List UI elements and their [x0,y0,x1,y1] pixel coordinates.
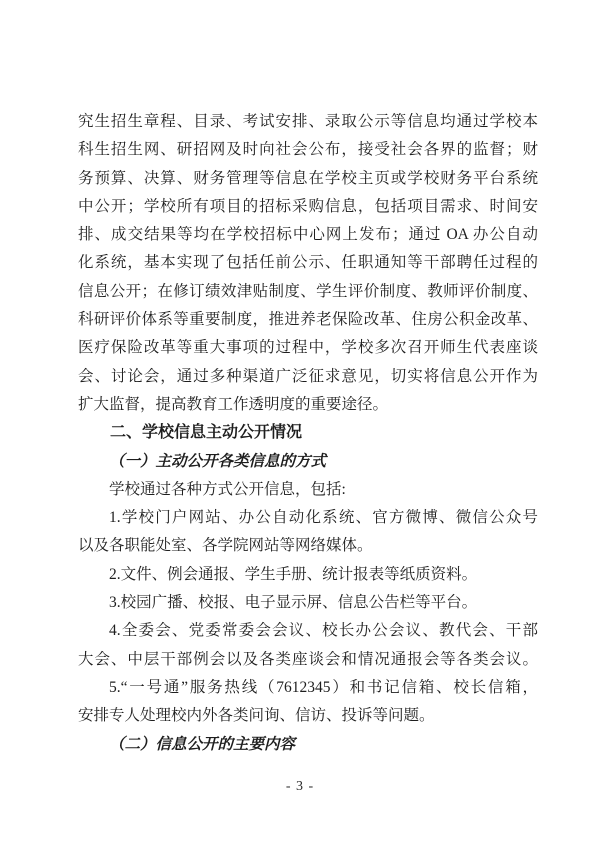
text-line: 安排专人处理校内外各类问询、信访、投诉等问题。 [78,702,538,730]
text-line: 中公开；学校所有项目的招标采购信息，包括项目需求、时间安 [78,193,538,221]
text-line: 科研评价体系等重要制度，推进养老保险改革、住房公积金改革、 [78,306,538,334]
text-line: 3.校园广播、校报、电子显示屏、信息公告栏等平台。 [78,589,538,617]
text-line: 2.文件、例会通报、学生手册、统计报表等纸质资料。 [78,561,538,589]
text-line: 5.“一号通”服务热线（7612345）和书记信箱、校长信箱， [78,674,538,702]
sub-heading: （一）主动公开各类信息的方式 [78,448,538,476]
text-line: 学校通过各种方式公开信息，包括: [78,476,538,504]
text-line: 科生招生网、研招网及时向社会公布，接受社会各界的监督；财 [78,136,538,164]
text-line: 医疗保险改革等重大事项的过程中，学校多次召开师生代表座谈 [78,334,538,362]
text-line: 大会、中层干部例会以及各类座谈会和情况通报会等各类会议。 [78,646,538,674]
page-number: - 3 - [0,779,600,795]
document-body: 究生招生章程、目录、考试安排、录取公示等信息均通过学校本科生招生网、研招网及时向… [78,108,538,759]
section-heading: 二、学校信息主动公开情况 [78,419,538,447]
text-line: 以及各职能处室、各学院网站等网络媒体。 [78,532,538,560]
text-line: 排、成交结果等均在学校招标中心网上发布；通过 OA 办公自动 [78,221,538,249]
text-line: 4.全委会、党委常委会会议、校长办公会议、教代会、干部 [78,617,538,645]
text-line: 1.学校门户网站、办公自动化系统、官方微博、微信公众号 [78,504,538,532]
document-page: 究生招生章程、目录、考试安排、录取公示等信息均通过学校本科生招生网、研招网及时向… [0,0,600,848]
text-line: 会、讨论会，通过多种渠道广泛征求意见，切实将信息公开作为 [78,363,538,391]
text-line: 究生招生章程、目录、考试安排、录取公示等信息均通过学校本 [78,108,538,136]
text-line: 务预算、决算、财务管理等信息在学校主页或学校财务平台系统 [78,165,538,193]
text-line: 扩大监督，提高教育工作透明度的重要途径。 [78,391,538,419]
text-line: 化系统，基本实现了包括任前公示、任职通知等干部聘任过程的 [78,249,538,277]
text-line: 信息公开；在修订绩效津贴制度、学生评价制度、教师评价制度、 [78,278,538,306]
sub-heading: （二）信息公开的主要内容 [78,731,538,759]
